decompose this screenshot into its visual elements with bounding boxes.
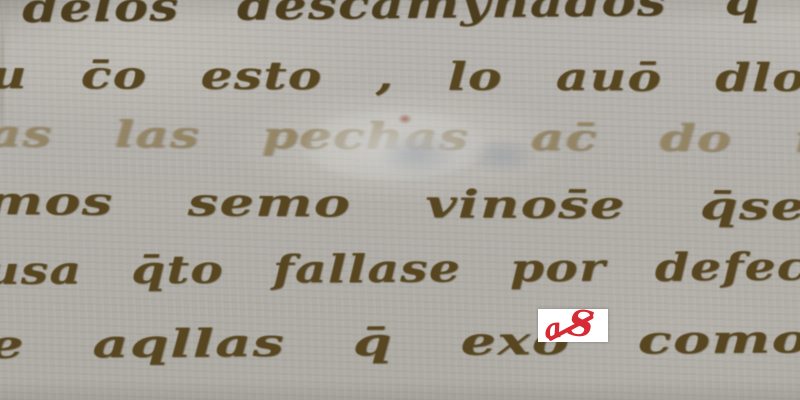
manuscript-photo: delos descamynados q̄ tego p̃ u c̄o esto… <box>0 0 800 400</box>
manuscript-line-2: u c̄o esto , lo auō dlos por m <box>0 52 800 101</box>
manuscript-line-6: e aqllas q̄ exo como fa nv <box>0 314 800 367</box>
manuscript-line-3: as las pechas ac̄ do mandadul <box>0 113 800 163</box>
archive-logo-watermark: a S <box>538 309 608 342</box>
manuscript-line-5: usa q̄to fallase por defect̄o · <box>0 243 800 293</box>
manuscript-line-4: mos semo vinos̄e q̄sella ta <box>0 178 800 230</box>
